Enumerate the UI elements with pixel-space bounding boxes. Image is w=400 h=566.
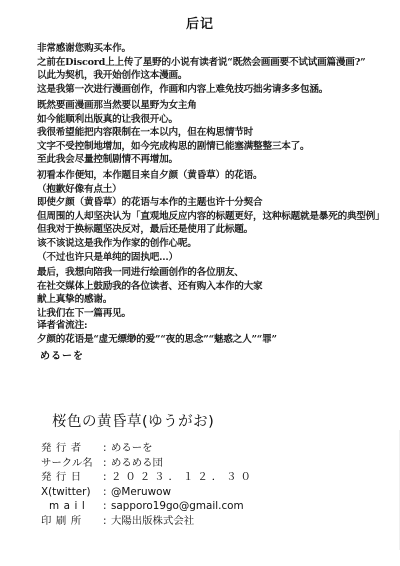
colophon-label: 発行日: [41, 470, 103, 485]
colophon-value: 大陽出版株式会社: [111, 514, 194, 529]
colophon-value: ２０２３．１２．３０: [111, 470, 255, 485]
text-line: 之前在Discord上上传了星野的小说有读者说“既然会画画要不试试画篇漫画?”: [37, 56, 365, 70]
colophon-row-printer: 印刷所 : 大陽出版株式会社: [41, 514, 255, 529]
paragraph-heroine: 既然要画漫画那当然要以星野为女主角 如今能顺利出版真的让我很开心。 我很希望能把…: [37, 99, 309, 167]
text-line: 初看本作便知，本作题目来自夕颜（黄昏草）的花语。: [37, 169, 385, 183]
colophon-separator: :: [103, 485, 111, 500]
colophon-label: サークル名: [41, 456, 103, 471]
colophon-separator: :: [103, 456, 111, 471]
colophon-row-circle: サークル名 : めるめる団: [41, 456, 255, 471]
colophon-table: 発行者 : めるーを サークル名 : めるめる団 発行日 : ２０２３．１２．３…: [41, 441, 255, 529]
text-line: 最后，我想向陪我一同进行绘画创作的各位朋友、: [37, 266, 262, 280]
colophon-label: 印刷所: [41, 514, 103, 529]
colophon-row-mail: mail : sapporo19go@gmail.com: [41, 499, 255, 514]
text-line: 至此我会尽量控制剧情不再增加。: [37, 153, 309, 167]
text-line: （抱歉好像有点土）: [37, 183, 385, 197]
text-line: 如今能顺利出版真的让我很开心。: [37, 113, 309, 127]
colophon-row-date: 発行日 : ２０２３．１２．３０: [41, 470, 255, 485]
colophon-separator: :: [103, 514, 111, 529]
text-line: （不过也许只是单纯的固执吧…）: [37, 251, 385, 265]
text-line: 以此为契机，我开始创作这本漫画。: [37, 69, 365, 83]
colophon-value: めるめる団: [111, 456, 163, 471]
text-line: 这是我第一次进行漫画创作，作画和内容上难免技巧拙劣请多多包涵。: [37, 83, 365, 97]
colophon-separator: :: [103, 470, 111, 485]
text-line: 献上真挚的感谢。: [37, 293, 262, 307]
text-line: 非常感谢您购买本作。: [37, 42, 365, 56]
text-line: 我很希望能把内容限制在一本以内，但在构思情节时: [37, 126, 309, 140]
text-line: 即使夕颜（黄昏草）的花语与本作的主题也许十分契合: [37, 196, 385, 210]
afterword-title: 后记: [0, 13, 400, 32]
colophon-label: X(twitter): [41, 485, 103, 500]
text-line: 该不该说这是我作为作家的创作心呢。: [37, 237, 385, 251]
colophon-row-twitter: X(twitter) : @Meruwow: [41, 485, 255, 500]
colophon-row-publisher: 発行者 : めるーを: [41, 441, 255, 456]
paragraph-thanks: 非常感谢您购买本作。 之前在Discord上上传了星野的小说有读者说“既然会画画…: [37, 42, 365, 96]
colophon-value: めるーを: [111, 441, 153, 456]
text-line: 但我对于换标题坚决反对，最后还是使用了此标题。: [37, 223, 385, 237]
text-line: 在社交媒体上鼓励我的各位读者、还有购入本作的大家: [37, 280, 262, 294]
author-signature: めるーを: [40, 347, 84, 362]
email-address: sapporo19go@gmail.com: [111, 499, 244, 514]
colophon-separator: :: [103, 499, 111, 514]
text-line: 但周围的人却坚决认为「直观地反应内容的标题更好，这种标题就是暴死的典型例」: [37, 210, 385, 224]
text-line: 夕颜的花语是“虚无缥缈的爱”“夜的思念”“魅惑之人”“罪”: [37, 333, 277, 347]
text-line: 既然要画漫画那当然要以星野为女主角: [37, 99, 309, 113]
text-line: 译者省流注:: [37, 319, 277, 333]
colophon-separator: :: [103, 441, 111, 456]
text-line: 文字不受控制地增加，如今完成构思的剧情已能塞满整整三本了。: [37, 140, 309, 154]
colophon-label: mail: [41, 499, 103, 514]
book-title: 桜色の黄昏草(ゆうがお): [52, 410, 214, 431]
colophon-label: 発行者: [41, 441, 103, 456]
document-page: 后记 非常感谢您购买本作。 之前在Discord上上传了星野的小说有读者说“既然…: [0, 0, 400, 566]
paragraph-closing: 最后，我想向陪我一同进行绘画创作的各位朋友、 在社交媒体上鼓励我的各位读者、还有…: [37, 266, 262, 320]
paragraph-title-origin: 初看本作便知，本作题目来自夕颜（黄昏草）的花语。 （抱歉好像有点土） 即使夕颜（…: [37, 169, 385, 264]
translator-note: 译者省流注: 夕颜的花语是“虚无缥缈的爱”“夜的思念”“魅惑之人”“罪”: [37, 319, 277, 346]
twitter-handle: @Meruwow: [111, 485, 171, 500]
